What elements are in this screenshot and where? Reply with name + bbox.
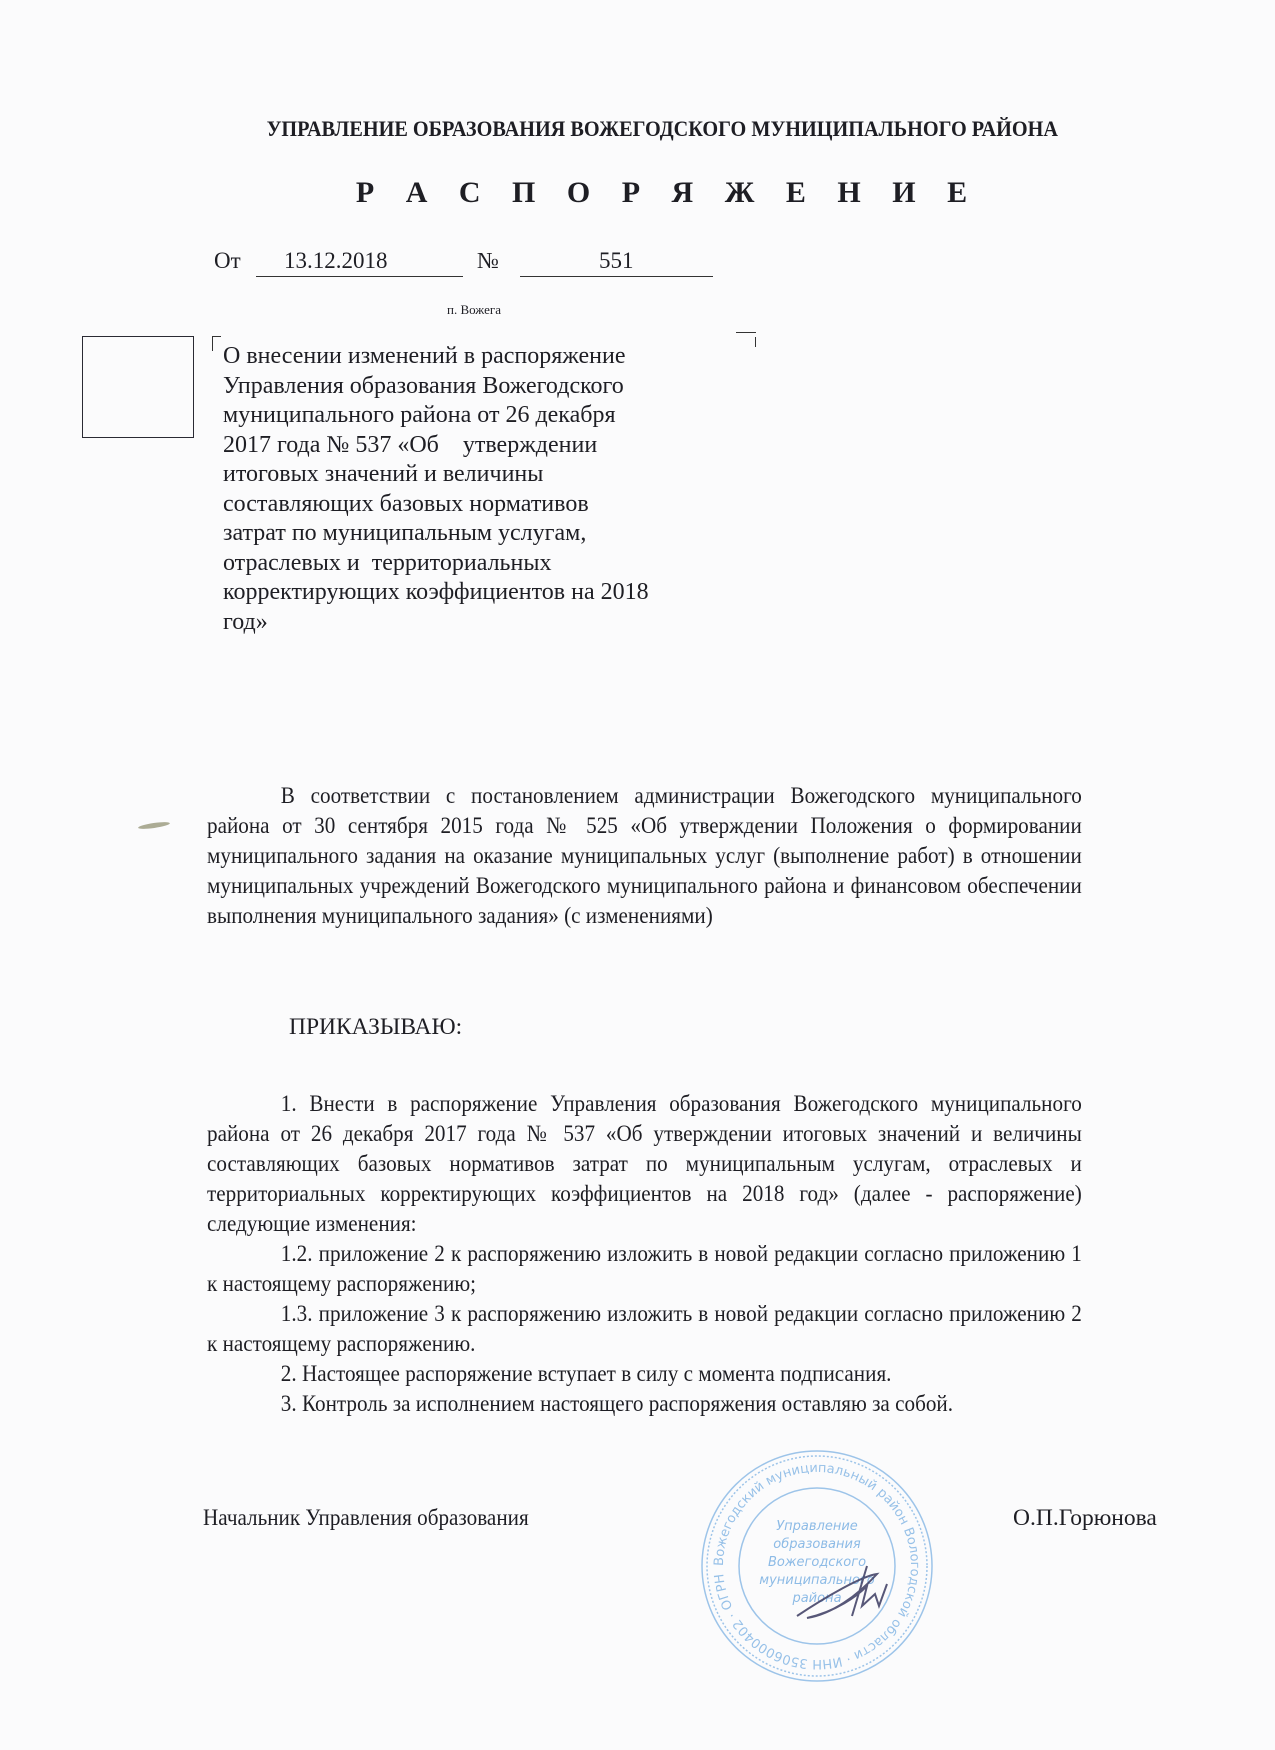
official-seal: Вожегодский муниципальный район Вологодс… [697, 1446, 937, 1686]
preamble-text: В соответствии с постановлением админист… [207, 781, 1082, 931]
registration-box [82, 336, 194, 438]
subject-line: корректирующих коэффициентов на 2018 [223, 578, 763, 608]
subject-line: год» [223, 608, 763, 638]
order-item-1: 1. Внести в распоряжение Управления обра… [207, 1089, 1082, 1239]
document-subject: О внесении изменений в распоряжение Упра… [223, 342, 763, 637]
signer-name: О.П.Горюнова [1013, 1505, 1157, 1532]
subject-line: 2017 года № 537 «Об утверждении [223, 431, 763, 461]
order-item-1-3: 1.3. приложение 3 к распоряжению изложит… [207, 1299, 1082, 1359]
seal-line: образования [773, 1537, 861, 1552]
document-date: 13.12.2018 [284, 248, 388, 274]
subject-corner-left [212, 336, 221, 351]
organization-name: УПРАВЛЕНИЕ ОБРАЗОВАНИЯ ВОЖЕГОДСКОГО МУНИ… [53, 116, 1226, 142]
document-type-title: Р А С П О Р Я Ж Е Н И Е [0, 176, 1275, 210]
subject-line: отраслевых и территориальных [223, 549, 763, 579]
scan-artifact [138, 821, 170, 830]
document-number: 551 [599, 248, 634, 274]
subject-line: итоговых значений и величины [223, 460, 763, 490]
order-word: ПРИКАЗЫВАЮ: [289, 1014, 462, 1041]
subject-line: муниципального района от 26 декабря [223, 401, 763, 431]
subject-line: составляющих базовых нормативов [223, 490, 763, 520]
seal-line: Вожегодского [768, 1555, 866, 1570]
from-label: От [214, 248, 241, 274]
signer-position: Начальник Управления образования [203, 1505, 529, 1532]
number-underline [520, 276, 713, 277]
order-item-3: 3. Контроль за исполнением настоящего ра… [207, 1389, 1082, 1419]
subject-line: затрат по муниципальным услугам, [223, 519, 763, 549]
place-of-issue: п. Вожега [447, 302, 501, 318]
date-underline [256, 276, 463, 277]
subject-line: О внесении изменений в распоряжение [223, 342, 763, 372]
subject-line: Управления образования Вожегодского [223, 372, 763, 402]
order-item-1-2: 1.2. приложение 2 к распоряжению изложит… [207, 1239, 1082, 1299]
order-item-2: 2. Настоящее распоряжение вступает в сил… [207, 1359, 1082, 1389]
order-items: 1. Внести в распоряжение Управления обра… [207, 1089, 1082, 1419]
number-label: № [477, 248, 499, 274]
preamble-section: В соответствии с постановлением админист… [207, 781, 1082, 931]
seal-line: Управление [776, 1519, 858, 1534]
